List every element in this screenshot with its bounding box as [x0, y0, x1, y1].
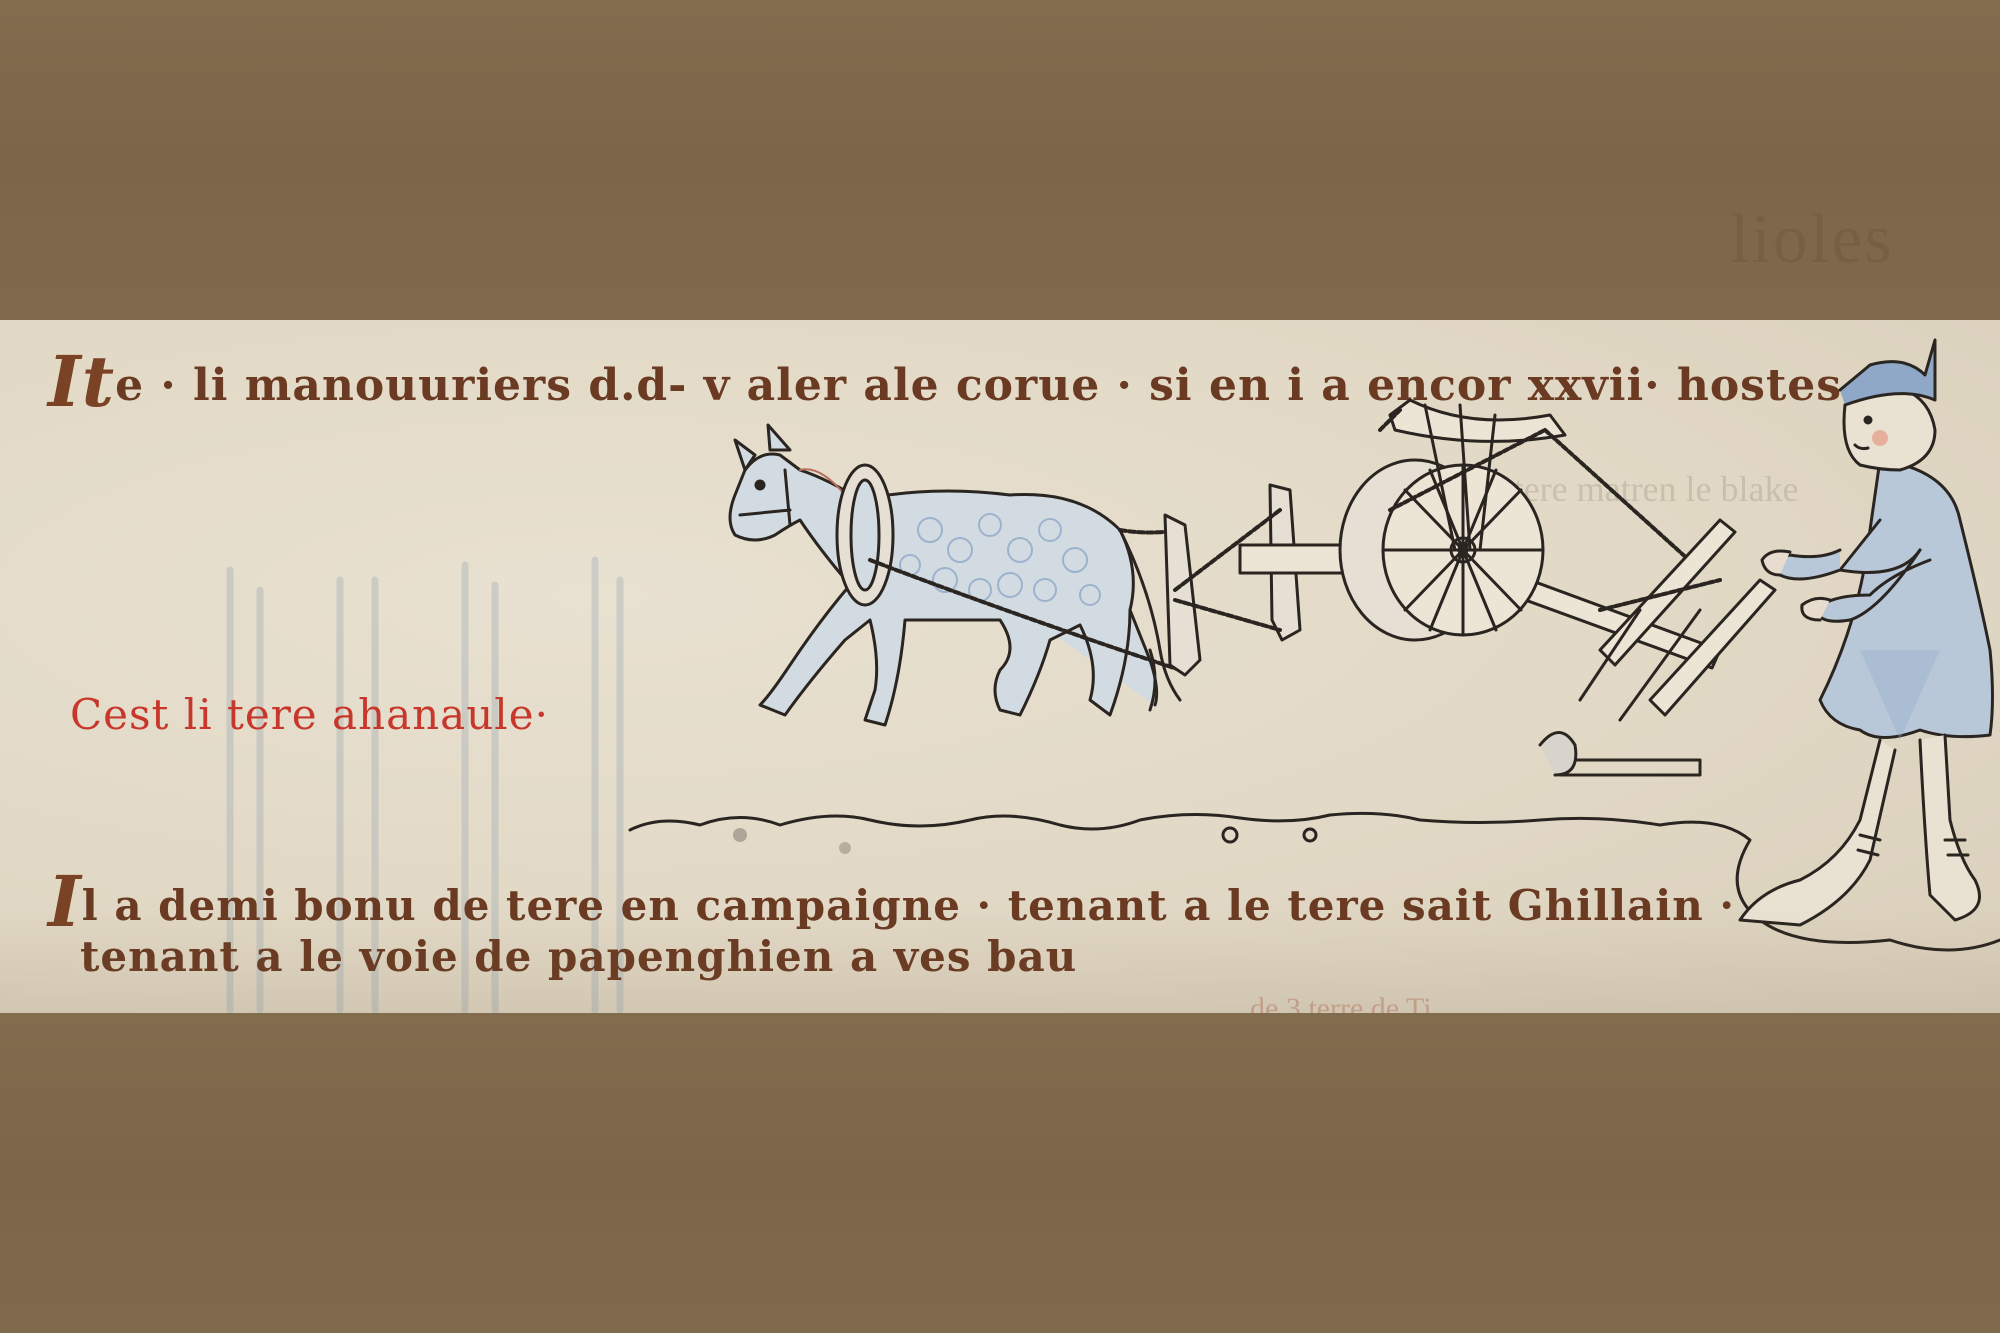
bleed-through-text-top: lioles	[1730, 200, 1894, 280]
horse	[730, 425, 1180, 725]
manuscript-parchment: L mattere matren le blake de 3 terre de …	[0, 320, 2000, 1013]
ploughman	[1740, 340, 1993, 925]
background-bottom-band	[0, 1013, 2000, 1333]
ploughing-illustration	[0, 320, 2000, 1013]
background-top-band	[0, 0, 2000, 320]
